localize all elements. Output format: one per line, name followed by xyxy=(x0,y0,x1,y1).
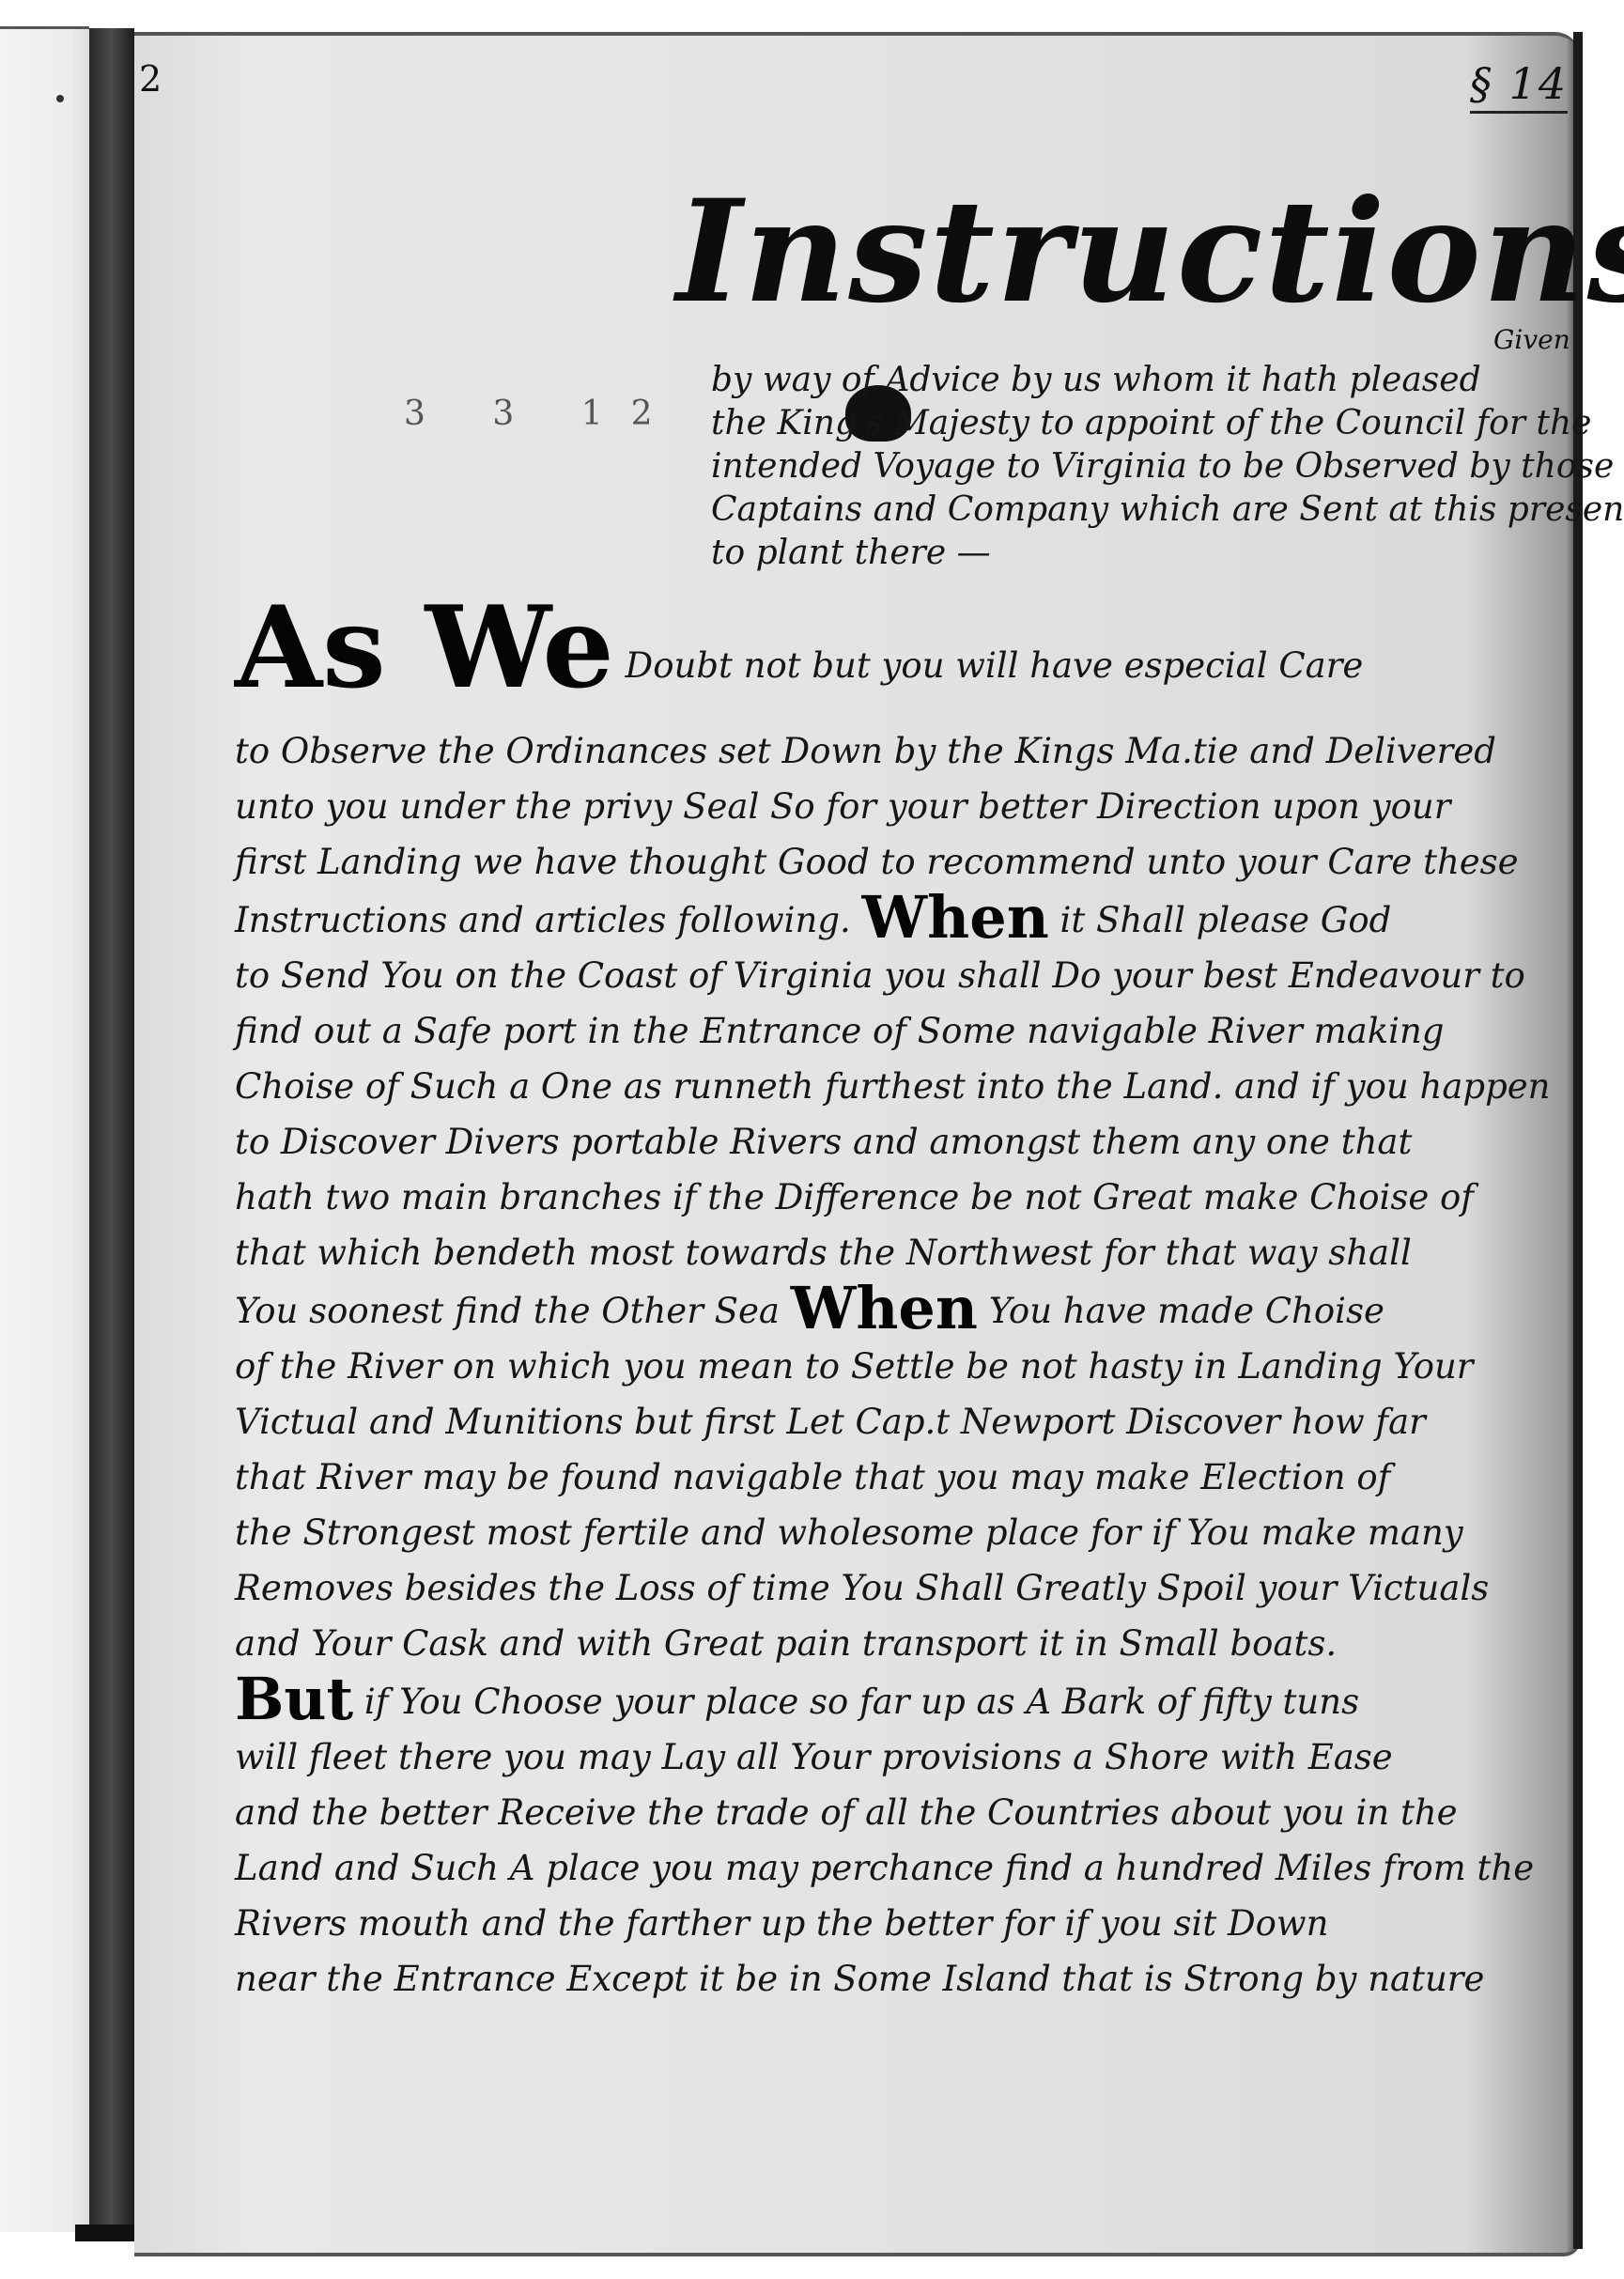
subtitle-line: to plant there — xyxy=(711,532,1594,575)
body-line: to Observe the Ordinances set Down by th… xyxy=(235,723,1569,779)
body-line: to Discover Divers portable Rivers and a… xyxy=(235,1114,1569,1170)
drop-cap-as-we: As We xyxy=(235,581,614,714)
body-line: that River may be found navigable that y… xyxy=(235,1450,1569,1505)
body-line: You soonest find the Other Sea xyxy=(235,1291,780,1331)
subtitle-line: Captains and Company which are Sent at t… xyxy=(711,488,1594,532)
body-line: Rivers mouth and the farther up the bett… xyxy=(235,1896,1569,1951)
body-line-with-heading: Instructions and articles following. Whe… xyxy=(235,890,1569,948)
body-line-with-heading: But if You Choose your place so far up a… xyxy=(235,1671,1569,1729)
paragraph-opening: As We Doubt not but you will have especi… xyxy=(235,601,1569,723)
body-line: find out a Safe port in the Entrance of … xyxy=(235,1003,1569,1059)
section-heading-but: But xyxy=(235,1665,353,1733)
title-suffix: Given xyxy=(1493,324,1570,355)
body-line: that which bendeth most towards the Nort… xyxy=(235,1225,1569,1280)
body-line: You have made Choise xyxy=(989,1291,1384,1331)
body-line: it Shall please God xyxy=(1060,900,1392,940)
body-line: unto you under the privy Seal So for you… xyxy=(235,779,1569,834)
manuscript-body: As We Doubt not but you will have especi… xyxy=(235,601,1569,2007)
document-title: Instructions xyxy=(676,169,1624,334)
body-line: Removes besides the Loss of time You Sha… xyxy=(235,1560,1569,1616)
folio-number: § 14 xyxy=(1470,58,1568,114)
title-subheading: by way of Advice by us whom it hath plea… xyxy=(711,359,1594,575)
ink-mark xyxy=(56,95,64,102)
body-line: will fleet there you may Lay all Your pr… xyxy=(235,1729,1569,1785)
body-line: first Landing we have thought Good to re… xyxy=(235,834,1569,890)
body-line: Victual and Munitions but first Let Cap.… xyxy=(235,1394,1569,1450)
body-line-with-heading: You soonest find the Other Sea When You … xyxy=(235,1280,1569,1339)
body-line: and Your Cask and with Great pain transp… xyxy=(235,1616,1569,1671)
body-line: of the River on which you mean to Settle… xyxy=(235,1339,1569,1394)
body-line: if You Choose your place so far up as A … xyxy=(364,1682,1359,1722)
faint-bleedthrough-marks: 3 3 12 xyxy=(404,395,681,433)
body-line: Instructions and articles following. xyxy=(235,900,851,940)
body-line: Choise of Such a One as runneth furthest… xyxy=(235,1059,1569,1114)
subtitle-line: intended Voyage to Virginia to be Observ… xyxy=(711,445,1594,488)
body-line: Land and Such A place you may perchance … xyxy=(235,1840,1569,1896)
left-page-number: 2 xyxy=(139,58,162,100)
section-heading-when: When xyxy=(862,883,1049,952)
body-line: to Send You on the Coast of Virginia you… xyxy=(235,948,1569,1003)
left-page-leaf xyxy=(0,26,89,2232)
body-line: and the better Receive the trade of all … xyxy=(235,1785,1569,1840)
body-line: hath two main branches if the Difference… xyxy=(235,1170,1569,1225)
subtitle-line: by way of Advice by us whom it hath plea… xyxy=(711,359,1594,402)
body-line: the Strongest most fertile and wholesome… xyxy=(235,1505,1569,1560)
section-heading-when: When xyxy=(791,1274,978,1342)
binding-foot xyxy=(75,2225,141,2241)
body-line: Doubt not but you will have especial Car… xyxy=(626,645,1364,686)
body-line: near the Entrance Except it be in Some I… xyxy=(235,1951,1569,2007)
book-binding-gutter xyxy=(89,28,134,2240)
subtitle-line: the King's Majesty to appoint of the Cou… xyxy=(711,402,1594,445)
